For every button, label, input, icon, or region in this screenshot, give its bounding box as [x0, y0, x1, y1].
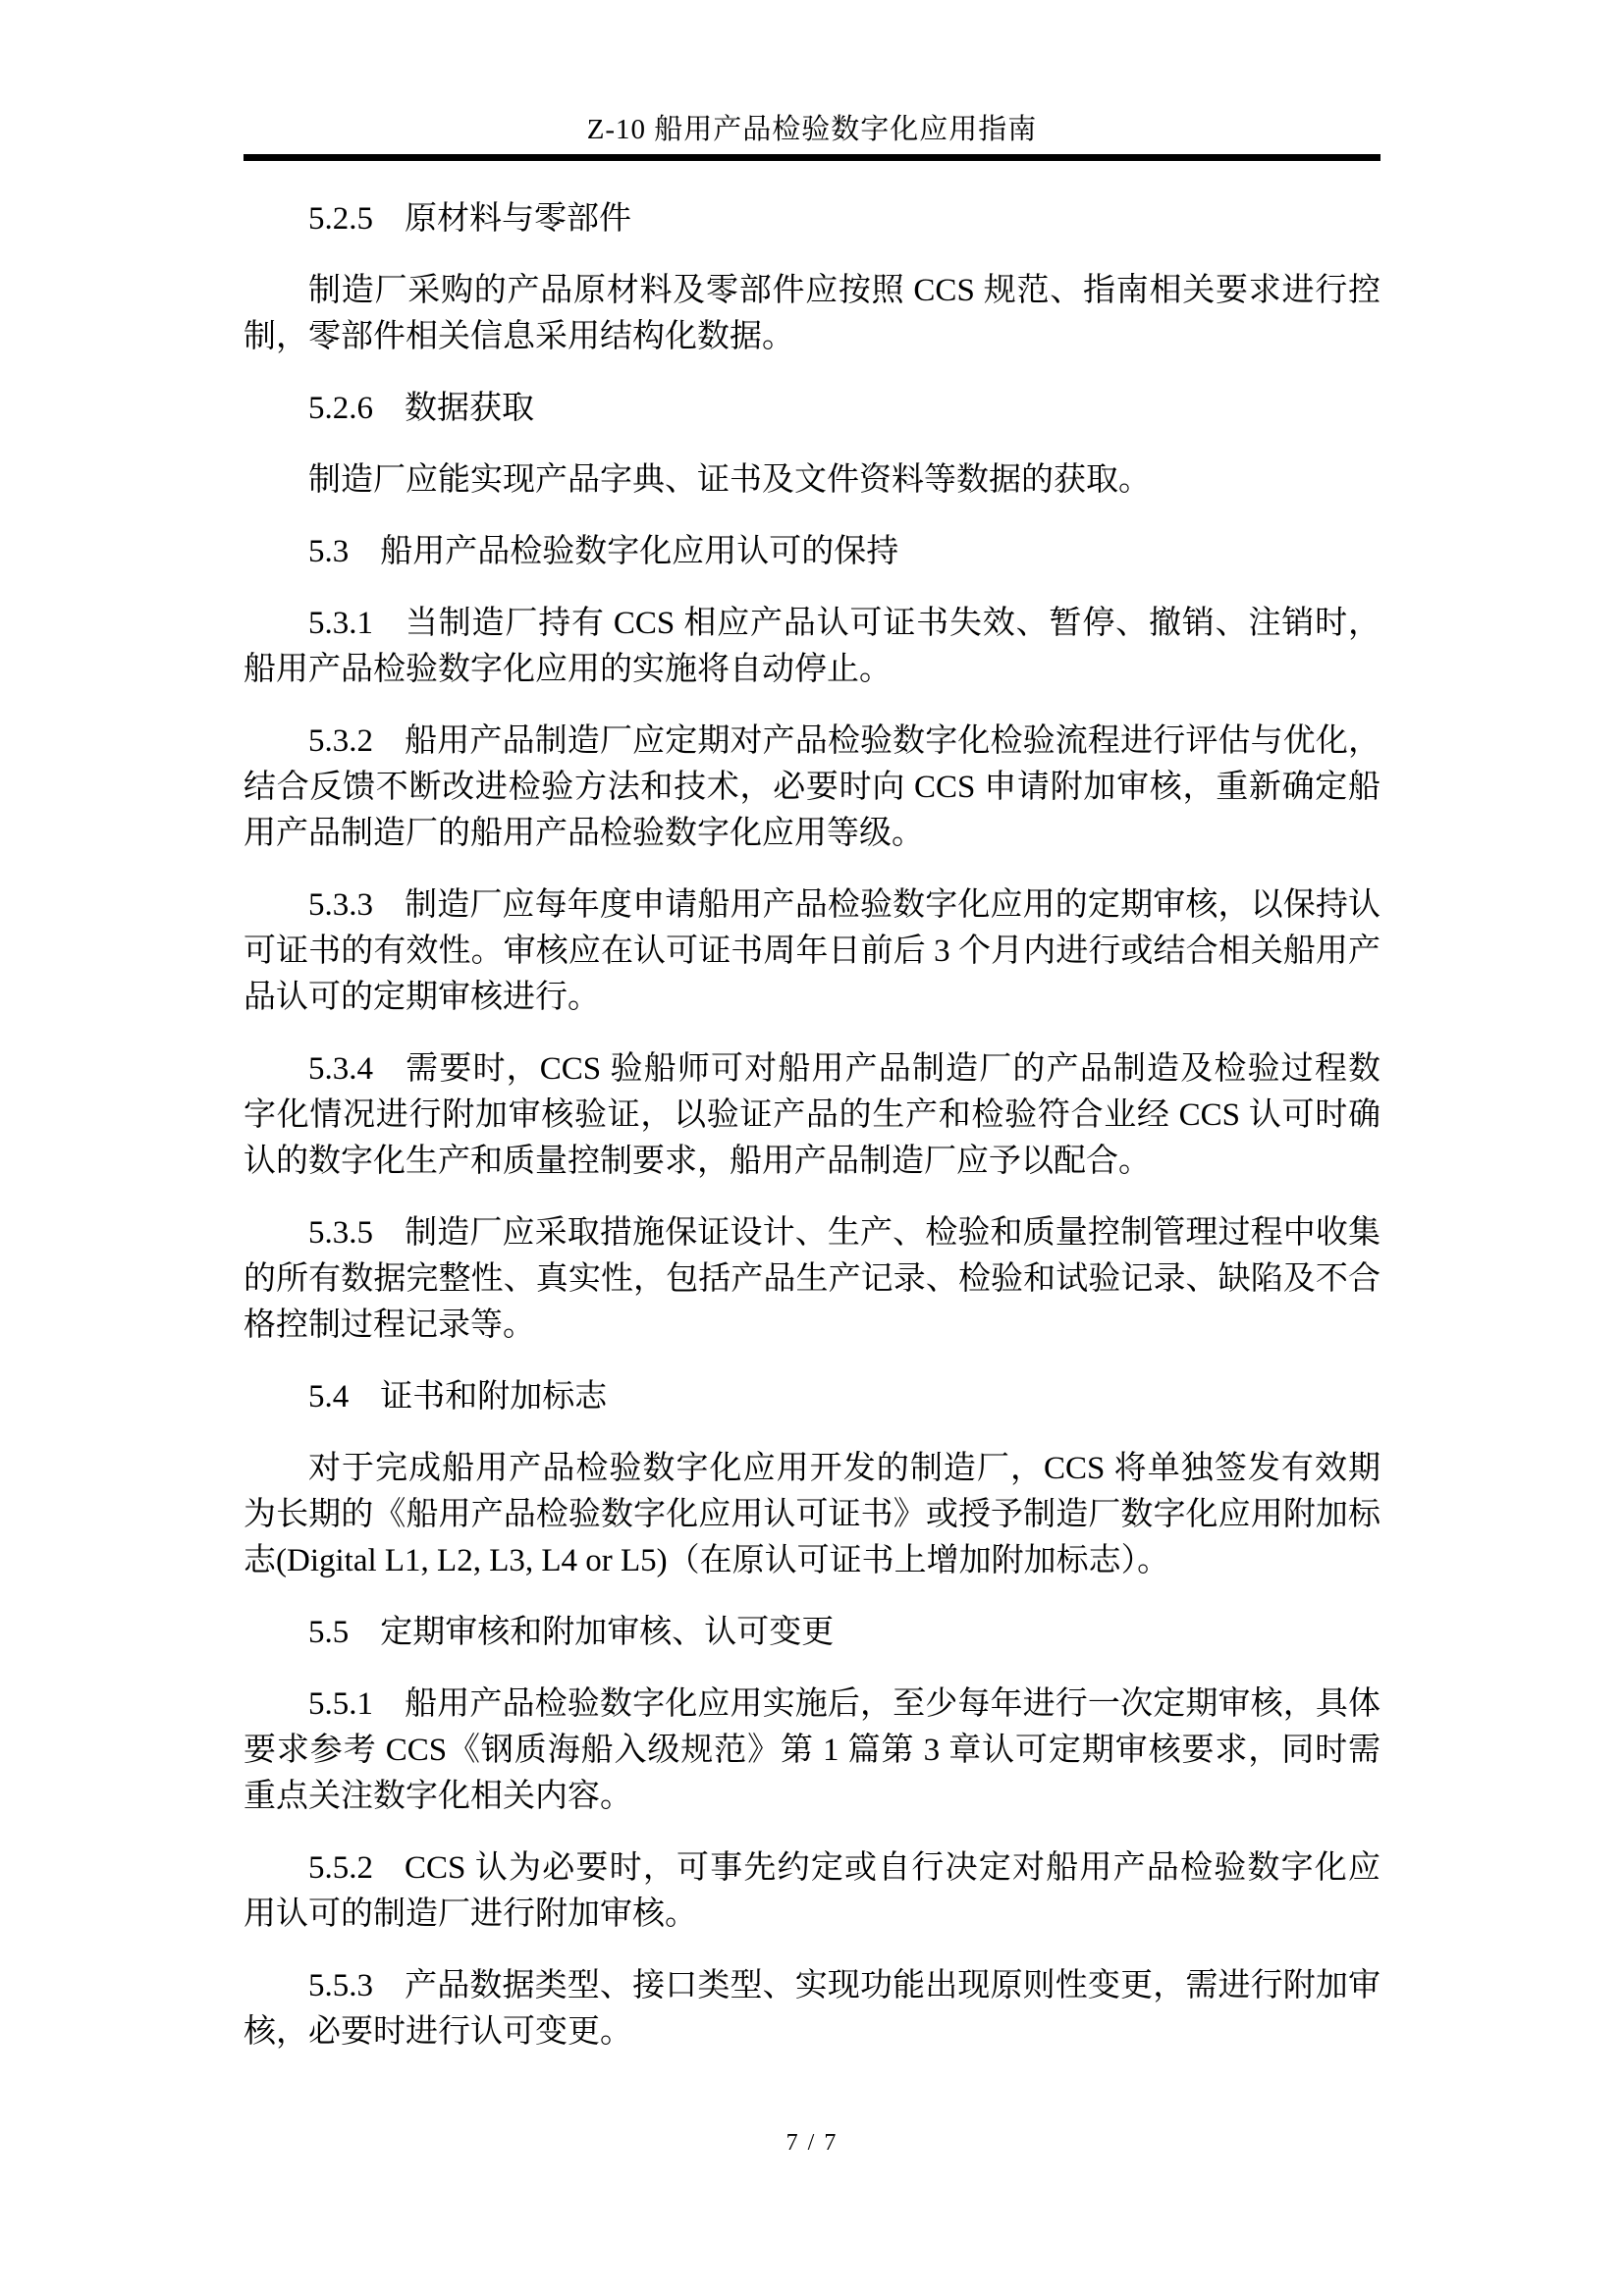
clause-text: 船用产品检验数字化应用认可的保持: [380, 534, 898, 569]
clause-text: 当制造厂持有 CCS 相应产品认可证书失效、暂停、撤销、注销时，船用产品检验数字…: [244, 606, 1380, 687]
clause-number: 5.2.6: [308, 391, 373, 426]
clause-text: 产品数据类型、接口类型、实现功能出现原则性变更，需进行附加审核，必要时进行认可变…: [244, 1968, 1380, 2050]
clause-number: 5.2.5: [308, 201, 373, 237]
para-5-5-2: 5.5.2CCS 认为必要时，可事先约定或自行决定对船用产品检验数字化应用认可的…: [244, 1845, 1380, 1938]
clause-number: 5.3: [308, 534, 349, 569]
para-data-acquisition: 制造厂应能实现产品字典、证书及文件资料等数据的获取。: [244, 457, 1380, 504]
clause-text: CCS 认为必要时，可事先约定或自行决定对船用产品检验数字化应用认可的制造厂进行…: [244, 1850, 1380, 1932]
para-5-3-5: 5.3.5制造厂应采取措施保证设计、生产、检验和质量控制管理过程中收集的所有数据…: [244, 1210, 1380, 1349]
document-body: 5.2.5原材料与零部件 制造厂采购的产品原材料及零部件应按照 CCS 规范、指…: [244, 196, 1380, 2056]
clause-number: 5.5: [308, 1615, 349, 1650]
clause-number: 5.3.1: [308, 606, 373, 641]
clause-number: 5.3.2: [308, 723, 373, 759]
para-5-5-3: 5.5.3产品数据类型、接口类型、实现功能出现原则性变更，需进行附加审核，必要时…: [244, 1963, 1380, 2056]
page-number: 7 / 7: [786, 2130, 839, 2156]
para-raw-materials: 制造厂采购的产品原材料及零部件应按照 CCS 规范、指南相关要求进行控制，零部件…: [244, 268, 1380, 360]
heading-5-2-6: 5.2.6数据获取: [244, 386, 1380, 432]
clause-number: 5.4: [308, 1379, 349, 1415]
clause-text: 定期审核和附加审核、认可变更: [380, 1615, 834, 1650]
document-page: Z-10 船用产品检验数字化应用指南 5.2.5原材料与零部件 制造厂采购的产品…: [0, 0, 1624, 2296]
clause-number: 5.3.4: [308, 1051, 373, 1087]
clause-number: 5.5.3: [308, 1968, 373, 2003]
clause-number: 5.5.1: [308, 1686, 373, 1722]
clause-text: 数据获取: [405, 391, 534, 426]
clause-text: 证书和附加标志: [380, 1379, 607, 1415]
clause-text: 船用产品制造厂应定期对产品检验数字化检验流程进行评估与优化，结合反馈不断改进检验…: [244, 723, 1380, 851]
header-title: Z-10 船用产品检验数字化应用指南: [587, 114, 1038, 145]
para-5-3-2: 5.3.2船用产品制造厂应定期对产品检验数字化检验流程进行评估与优化，结合反馈不…: [244, 719, 1380, 857]
para-5-3-1: 5.3.1当制造厂持有 CCS 相应产品认可证书失效、暂停、撤销、注销时，船用产…: [244, 601, 1380, 693]
clause-text: 原材料与零部件: [405, 201, 631, 237]
clause-number: 5.3.3: [308, 887, 373, 923]
para-5-3-4: 5.3.4需要时，CCS 验船师可对船用产品制造厂的产品制造及检验过程数字化情况…: [244, 1046, 1380, 1185]
header-divider: [244, 154, 1380, 161]
clause-text: 制造厂应能实现产品字典、证书及文件资料等数据的获取。: [308, 462, 1151, 498]
clause-text: 制造厂应每年度申请船用产品检验数字化应用的定期审核，以保持认可证书的有效性。审核…: [244, 887, 1380, 1015]
clause-text: 对于完成船用产品检验数字化应用开发的制造厂，CCS 将单独签发有效期为长期的《船…: [244, 1451, 1380, 1578]
page-header: Z-10 船用产品检验数字化应用指南: [244, 112, 1380, 147]
clause-text: 制造厂采购的产品原材料及零部件应按照 CCS 规范、指南相关要求进行控制，零部件…: [244, 273, 1380, 354]
para-5-3-3: 5.3.3制造厂应每年度申请船用产品检验数字化应用的定期审核，以保持认可证书的有…: [244, 882, 1380, 1021]
heading-5-5: 5.5定期审核和附加审核、认可变更: [244, 1610, 1380, 1656]
clause-text: 船用产品检验数字化应用实施后，至少每年进行一次定期审核，具体要求参考 CCS《钢…: [244, 1686, 1380, 1814]
para-5-5-1: 5.5.1船用产品检验数字化应用实施后，至少每年进行一次定期审核，具体要求参考 …: [244, 1682, 1380, 1820]
heading-5-4: 5.4证书和附加标志: [244, 1374, 1380, 1420]
para-certificate-marks: 对于完成船用产品检验数字化应用开发的制造厂，CCS 将单独签发有效期为长期的《船…: [244, 1446, 1380, 1584]
clause-text: 需要时，CCS 验船师可对船用产品制造厂的产品制造及检验过程数字化情况进行附加审…: [244, 1051, 1380, 1179]
clause-number: 5.5.2: [308, 1850, 373, 1886]
page-footer: 7 / 7: [0, 2128, 1624, 2158]
heading-5-3: 5.3船用产品检验数字化应用认可的保持: [244, 529, 1380, 575]
heading-5-2-5: 5.2.5原材料与零部件: [244, 196, 1380, 242]
clause-text: 制造厂应采取措施保证设计、生产、检验和质量控制管理过程中收集的所有数据完整性、真…: [244, 1215, 1380, 1343]
clause-number: 5.3.5: [308, 1215, 373, 1251]
